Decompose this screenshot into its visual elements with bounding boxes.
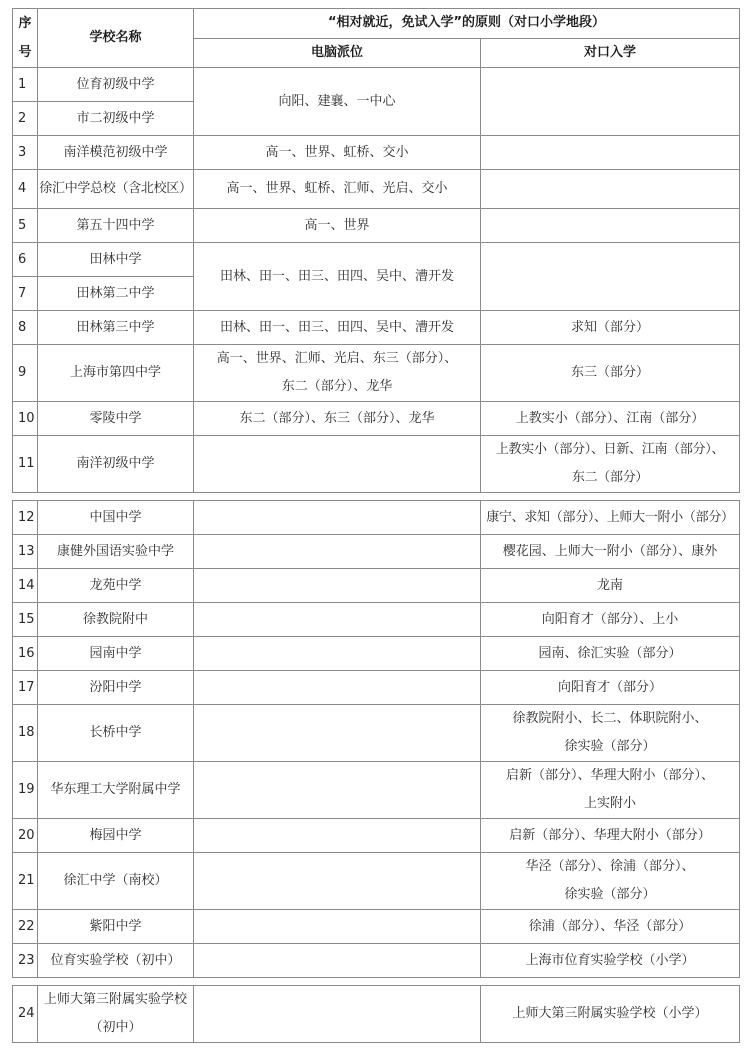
- seq-cell: 23: [13, 944, 38, 978]
- table-row: 16 园南中学 园南、徐汇实验（部分）: [13, 637, 740, 671]
- direct-entry-column-header: 对口入学: [481, 38, 740, 68]
- principle-header: “相对就近，免试入学”的原则（对口小学地段）: [194, 9, 740, 39]
- direct-entry-cell: 徐浦（部分）、华泾（部分）: [481, 910, 740, 944]
- table-row: 15 徐教院附中 向阳育才（部分）、上小: [13, 603, 740, 637]
- computer-assignment-cell: 田林、田一、田三、田四、吴中、漕开发: [194, 243, 481, 311]
- direct-entry-cell: 上教实小（部分）、江南（部分）: [481, 402, 740, 436]
- seq-cell: 7: [13, 277, 38, 311]
- direct-entry-cell: [481, 243, 740, 311]
- school-name-cell: 上海市第四中学: [38, 345, 194, 402]
- table-row: 10 零陵中学 东二（部分）、东三（部分）、龙华 上教实小（部分）、江南（部分）: [13, 402, 740, 436]
- direct-entry-cell: [481, 209, 740, 243]
- seq-cell: 3: [13, 136, 38, 170]
- direct-entry-line: 上教实小（部分）、日新、江南（部分）、: [481, 436, 739, 464]
- school-assignment-table-part-3: 24 上师大第三附属实验学校 （初中） 上师大第三附属实验学校（小学）: [12, 985, 740, 1043]
- school-name-cell: 市二初级中学: [38, 102, 194, 136]
- direct-entry-cell: 上师大第三附属实验学校（小学）: [481, 986, 740, 1043]
- direct-entry-cell: 康宁、求知（部分）、上师大一附小（部分）: [481, 501, 740, 535]
- direct-entry-cell: 东三（部分）: [481, 345, 740, 402]
- computer-assignment-cell: [194, 705, 481, 762]
- computer-assignment-cell: [194, 762, 481, 819]
- direct-entry-cell: 求知（部分）: [481, 311, 740, 345]
- table-row: 4 徐汇中学总校（含北校区） 高一、世界、虹桥、汇师、光启、交小: [13, 170, 740, 209]
- table-row: 5 第五十四中学 高一、世界: [13, 209, 740, 243]
- direct-entry-line: 华泾（部分）、徐浦（部分）、: [483, 853, 737, 881]
- seq-cell: 14: [13, 569, 38, 603]
- table-row: 18 长桥中学 徐教院附小、长二、体职院附小、 徐实验（部分）: [13, 705, 740, 762]
- seq-cell: 9: [13, 345, 38, 402]
- direct-entry-cell: 上海市位育实验学校（小学）: [481, 944, 740, 978]
- table-row: 11 南洋初级中学 上教实小（部分）、日新、江南（部分）、 东二（部分）: [13, 436, 740, 493]
- school-name-line: （初中）: [40, 1014, 191, 1042]
- seq-cell: 19: [13, 762, 38, 819]
- school-name-column-header: 学校名称: [38, 9, 194, 68]
- school-assignment-table-part-1: 序 号 学校名称 “相对就近，免试入学”的原则（对口小学地段） 电脑派位 对口入…: [12, 8, 740, 493]
- computer-assignment-cell: 高一、世界、虹桥、汇师、光启、交小: [194, 170, 481, 209]
- direct-entry-cell: 樱花园、上师大一附小（部分）、康外: [481, 535, 740, 569]
- school-name-cell: 汾阳中学: [38, 671, 194, 705]
- computer-assignment-cell: [194, 501, 481, 535]
- computer-assignment-cell: [194, 436, 481, 493]
- seq-cell: 13: [13, 535, 38, 569]
- school-name-cell: 中国中学: [38, 501, 194, 535]
- computer-assignment-cell: 高一、世界、虹桥、交小: [194, 136, 481, 170]
- school-name-cell: 田林中学: [38, 243, 194, 277]
- table-row: 1 位育初级中学 向阳、建襄、一中心: [13, 68, 740, 102]
- school-name-cell: 田林第二中学: [38, 277, 194, 311]
- direct-entry-line: 启新（部分）、华理大附小（部分）、: [483, 762, 737, 790]
- school-name-cell: 龙苑中学: [38, 569, 194, 603]
- direct-entry-cell: 龙南: [481, 569, 740, 603]
- school-name-cell: 第五十四中学: [38, 209, 194, 243]
- table-row: 22 紫阳中学 徐浦（部分）、华泾（部分）: [13, 910, 740, 944]
- table-row: 21 徐汇中学（南校） 华泾（部分）、徐浦（部分）、 徐实验（部分）: [13, 853, 740, 910]
- direct-entry-cell: 向阳育才（部分）: [481, 671, 740, 705]
- computer-assignment-cell: [194, 603, 481, 637]
- computer-assignment-cell: [194, 910, 481, 944]
- table-row: 17 汾阳中学 向阳育才（部分）: [13, 671, 740, 705]
- computer-assignment-cell: [194, 853, 481, 910]
- seq-cell: 4: [13, 170, 38, 209]
- computer-assignment-cell: [194, 819, 481, 853]
- direct-entry-line: 徐实验（部分）: [483, 881, 737, 909]
- seq-cell: 18: [13, 705, 38, 762]
- computer-assignment-line: 东二（部分）、龙华: [196, 373, 478, 401]
- table-row: 12 中国中学 康宁、求知（部分）、上师大一附小（部分）: [13, 501, 740, 535]
- school-name-cell: 长桥中学: [38, 705, 194, 762]
- computer-assignment-cell: [194, 569, 481, 603]
- seq-cell: 24: [13, 986, 38, 1043]
- direct-entry-line: 上实附小: [483, 790, 737, 818]
- seq-cell: 6: [13, 243, 38, 277]
- school-name-cell: 徐汇中学（南校）: [38, 853, 194, 910]
- direct-entry-cell: 向阳育才（部分）、上小: [481, 603, 740, 637]
- school-name-cell: 康健外国语实验中学: [38, 535, 194, 569]
- computer-assignment-cell: 田林、田一、田三、田四、吴中、漕开发: [194, 311, 481, 345]
- seq-cell: 11: [13, 436, 38, 493]
- direct-entry-line: 东二（部分）: [481, 464, 739, 492]
- school-assignment-table-part-2: 12 中国中学 康宁、求知（部分）、上师大一附小（部分） 13 康健外国语实验中…: [12, 500, 740, 978]
- seq-cell: 8: [13, 311, 38, 345]
- table-row: 3 南洋模范初级中学 高一、世界、虹桥、交小: [13, 136, 740, 170]
- school-name-cell: 园南中学: [38, 637, 194, 671]
- direct-entry-line: 徐实验（部分）: [483, 733, 737, 761]
- school-name-cell: 梅园中学: [38, 819, 194, 853]
- seq-cell: 15: [13, 603, 38, 637]
- table-row: 13 康健外国语实验中学 樱花园、上师大一附小（部分）、康外: [13, 535, 740, 569]
- direct-entry-cell: 华泾（部分）、徐浦（部分）、 徐实验（部分）: [481, 853, 740, 910]
- computer-assignment-column-header: 电脑派位: [194, 38, 481, 68]
- table-row: 6 田林中学 田林、田一、田三、田四、吴中、漕开发: [13, 243, 740, 277]
- school-name-cell: 徐汇中学总校（含北校区）: [38, 170, 194, 209]
- school-name-cell: 徐教院附中: [38, 603, 194, 637]
- school-name-cell: 华东理工大学附属中学: [38, 762, 194, 819]
- seq-cell: 16: [13, 637, 38, 671]
- school-name-cell: 南洋模范初级中学: [38, 136, 194, 170]
- seq-cell: 21: [13, 853, 38, 910]
- direct-entry-cell: 启新（部分）、华理大附小（部分）、 上实附小: [481, 762, 740, 819]
- computer-assignment-cell: 高一、世界: [194, 209, 481, 243]
- direct-entry-cell: 徐教院附小、长二、体职院附小、 徐实验（部分）: [481, 705, 740, 762]
- school-name-cell: 田林第三中学: [38, 311, 194, 345]
- school-name-cell: 南洋初级中学: [38, 436, 194, 493]
- seq-cell: 1: [13, 68, 38, 102]
- table-row: 23 位育实验学校（初中） 上海市位育实验学校（小学）: [13, 944, 740, 978]
- seq-cell: 17: [13, 671, 38, 705]
- seq-cell: 20: [13, 819, 38, 853]
- computer-assignment-cell: 向阳、建襄、一中心: [194, 68, 481, 136]
- seq-cell: 12: [13, 501, 38, 535]
- computer-assignment-cell: [194, 944, 481, 978]
- seq-cell: 5: [13, 209, 38, 243]
- seq-cell: 2: [13, 102, 38, 136]
- computer-assignment-cell: [194, 671, 481, 705]
- direct-entry-cell: [481, 68, 740, 136]
- table-row: 14 龙苑中学 龙南: [13, 569, 740, 603]
- table-row: 19 华东理工大学附属中学 启新（部分）、华理大附小（部分）、 上实附小: [13, 762, 740, 819]
- direct-entry-cell: 启新（部分）、华理大附小（部分）: [481, 819, 740, 853]
- seq-cell: 10: [13, 402, 38, 436]
- computer-assignment-cell: [194, 637, 481, 671]
- seq-header-line1: 序: [13, 9, 37, 38]
- table-row: 8 田林第三中学 田林、田一、田三、田四、吴中、漕开发 求知（部分）: [13, 311, 740, 345]
- table-row: 20 梅园中学 启新（部分）、华理大附小（部分）: [13, 819, 740, 853]
- direct-entry-cell: 园南、徐汇实验（部分）: [481, 637, 740, 671]
- direct-entry-line: 徐教院附小、长二、体职院附小、: [483, 705, 737, 733]
- school-name-cell: 紫阳中学: [38, 910, 194, 944]
- computer-assignment-line: 高一、世界、汇师、光启、东三（部分）、: [196, 345, 478, 373]
- table-row: 24 上师大第三附属实验学校 （初中） 上师大第三附属实验学校（小学）: [13, 986, 740, 1043]
- computer-assignment-cell: [194, 535, 481, 569]
- school-name-cell: 位育实验学校（初中）: [38, 944, 194, 978]
- school-name-cell: 零陵中学: [38, 402, 194, 436]
- seq-column-header: 序 号: [13, 9, 38, 68]
- school-name-cell: 上师大第三附属实验学校 （初中）: [38, 986, 194, 1043]
- direct-entry-cell: [481, 136, 740, 170]
- computer-assignment-cell: 高一、世界、汇师、光启、东三（部分）、 东二（部分）、龙华: [194, 345, 481, 402]
- computer-assignment-cell: 东二（部分）、东三（部分）、龙华: [194, 402, 481, 436]
- direct-entry-cell: 上教实小（部分）、日新、江南（部分）、 东二（部分）: [481, 436, 740, 493]
- table-row: 9 上海市第四中学 高一、世界、汇师、光启、东三（部分）、 东二（部分）、龙华 …: [13, 345, 740, 402]
- direct-entry-cell: [481, 170, 740, 209]
- computer-assignment-cell: [194, 986, 481, 1043]
- seq-header-line2: 号: [13, 38, 37, 67]
- school-name-cell: 位育初级中学: [38, 68, 194, 102]
- school-name-line: 上师大第三附属实验学校: [40, 986, 191, 1014]
- seq-cell: 22: [13, 910, 38, 944]
